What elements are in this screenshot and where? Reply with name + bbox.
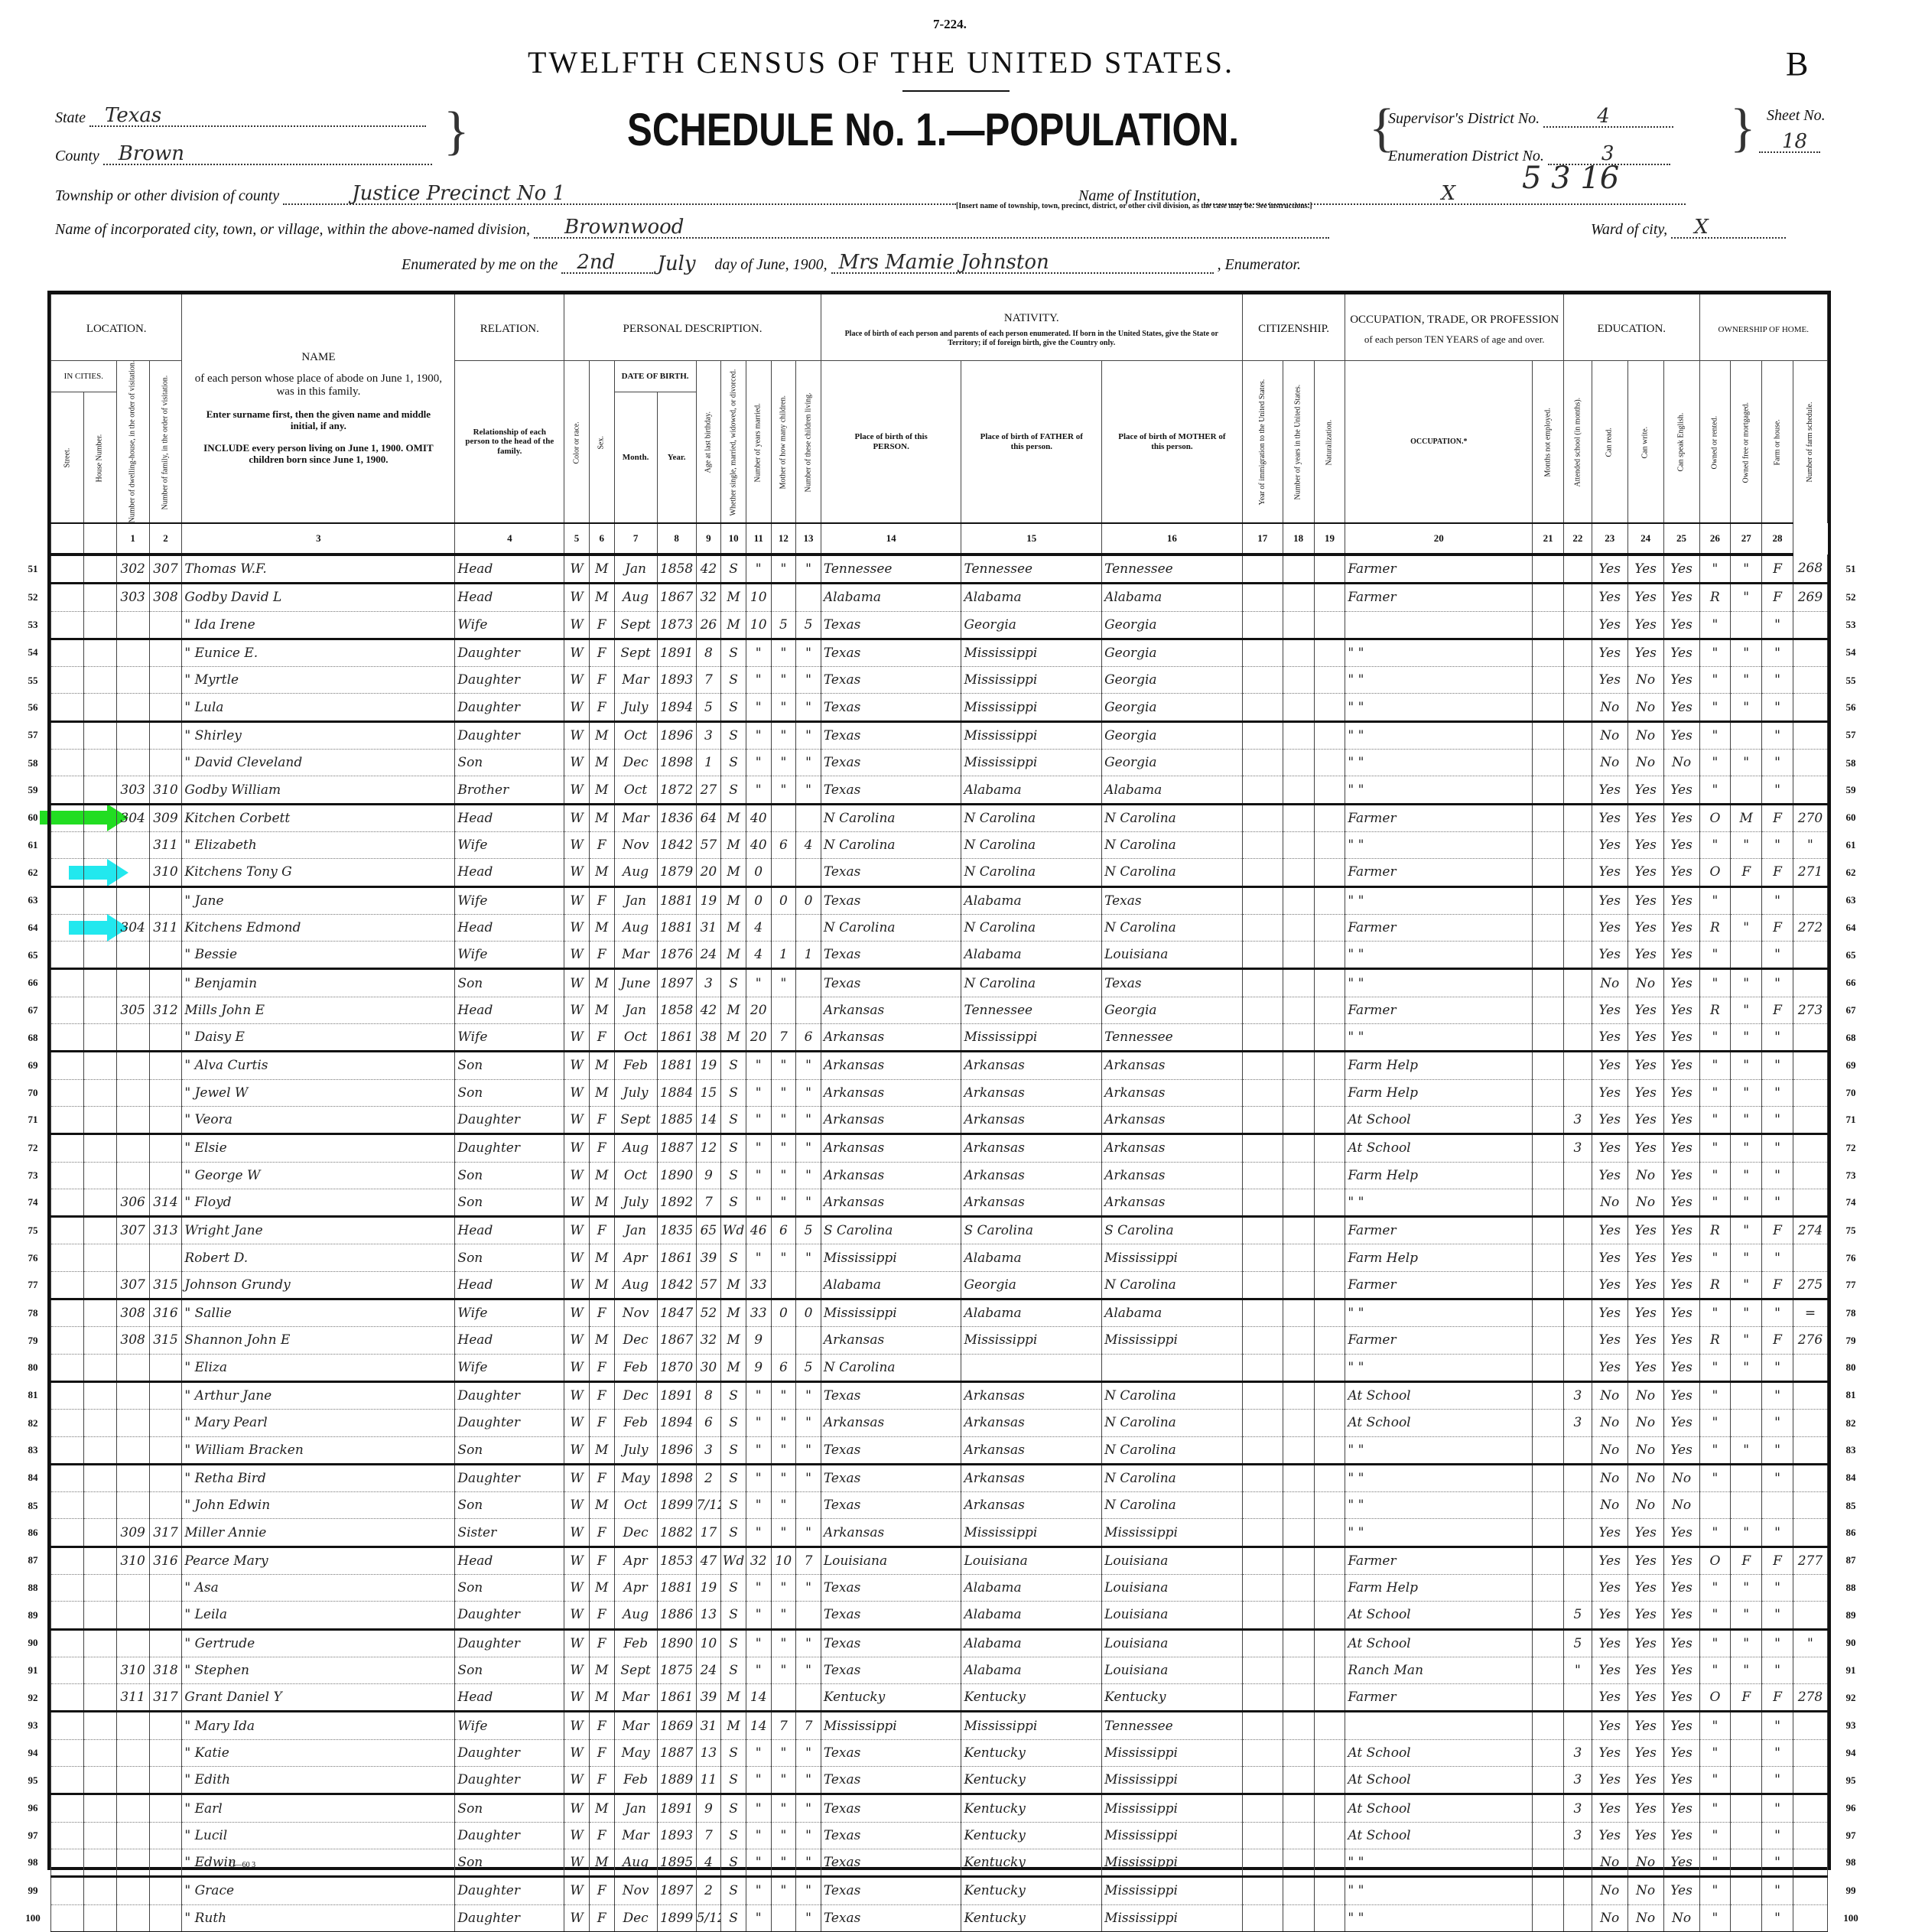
color-cell: W	[564, 1574, 590, 1601]
children-living-cell	[796, 859, 821, 886]
school-months-cell	[1564, 776, 1592, 804]
can-read-cell: Yes	[1592, 1024, 1627, 1052]
years-married-cell: "	[746, 1574, 771, 1601]
sex-cell: F	[589, 611, 614, 639]
can-read-cell: Yes	[1592, 1767, 1627, 1794]
owned-rented-cell: "	[1699, 1712, 1731, 1739]
birth-year-cell: 1893	[657, 1822, 696, 1849]
children-living-cell: "	[796, 1767, 821, 1794]
table-row: 308316" SallieWifeWFNov184752M3300Missis…	[51, 1299, 1828, 1327]
birthplace-father-cell: N Carolina	[961, 969, 1102, 997]
occupation-cell: " "	[1345, 750, 1533, 776]
school-months-cell	[1564, 611, 1592, 639]
birth-year-cell: 1872	[657, 776, 696, 804]
farm-or-house-cell: "	[1762, 667, 1793, 694]
column-number: 26	[1699, 523, 1731, 555]
color-cell: W	[564, 776, 590, 804]
line-number-left: 52	[21, 591, 44, 603]
occupation-cell: " "	[1345, 721, 1533, 749]
owned-free-mortgaged-cell: "	[1731, 694, 1762, 721]
column-number: 2	[149, 523, 182, 555]
can-read-cell: Yes	[1592, 1519, 1627, 1547]
dwelling-number-cell: 307	[116, 1271, 149, 1299]
dwelling-number-cell: 308	[116, 1327, 149, 1354]
birthplace-mother-cell: Georgia	[1102, 721, 1243, 749]
children-living-cell: "	[796, 1794, 821, 1822]
city-field: Name of incorporated city, town, or vill…	[55, 220, 1329, 239]
years-in-us-cell	[1283, 1244, 1314, 1271]
years-in-us-cell	[1283, 804, 1314, 831]
birthplace-mother-cell: Mississippi	[1102, 1327, 1243, 1354]
house-number-cell	[83, 667, 116, 694]
birthplace-father-cell: N Carolina	[961, 859, 1102, 886]
birthplace-father-cell: Arkansas	[961, 1436, 1102, 1464]
birthplace-mother-cell: Texas	[1102, 886, 1243, 914]
line-number-left: 91	[21, 1664, 44, 1677]
years-married-cell: 10	[746, 611, 771, 639]
owned-free-mortgaged-cell	[1731, 886, 1762, 914]
enumerator-label: , Enumerator.	[1218, 256, 1301, 273]
can-read-cell: Yes	[1592, 859, 1627, 886]
name-title: NAME	[193, 351, 444, 364]
dwelling-number-cell	[116, 1877, 149, 1904]
birthplace-person-cell: Texas	[821, 1602, 961, 1629]
owned-rented-cell: R	[1699, 997, 1731, 1023]
sex-cell: M	[589, 1436, 614, 1464]
can-write-cell: Yes	[1627, 1106, 1663, 1134]
farm-or-house-cell: "	[1762, 1712, 1793, 1739]
immigration-year-cell	[1242, 555, 1283, 584]
children-born-cell: 6	[771, 831, 796, 858]
dwelling-number-cell	[116, 1629, 149, 1657]
years-married-cell: "	[746, 1794, 771, 1822]
marital-status-cell: S	[721, 721, 746, 749]
sex-cell: M	[589, 997, 614, 1023]
relation-cell: Head	[455, 555, 564, 584]
years-in-us-cell	[1283, 1271, 1314, 1299]
can-speak-english-cell: No	[1663, 1492, 1699, 1519]
relation-cell: Daughter	[455, 1739, 564, 1766]
enumerator-line: Mrs Mamie Johnston	[831, 255, 1214, 274]
immigration-year-cell	[1242, 1904, 1283, 1932]
naturalization-cell	[1314, 1299, 1345, 1327]
can-write-cell: Yes	[1627, 1794, 1663, 1822]
naturalization-cell	[1314, 1712, 1345, 1739]
street-cell	[51, 997, 84, 1023]
children-born-cell: "	[771, 667, 796, 694]
header-write: Can write.	[1627, 361, 1663, 524]
birthplace-father-cell: Mississippi	[961, 639, 1102, 666]
person-name-cell: Robert D.	[182, 1244, 455, 1271]
age-cell: 26	[696, 611, 721, 639]
column-number: 10	[721, 523, 746, 555]
marital-status-cell: M	[721, 1327, 746, 1354]
months-unemployed-cell	[1533, 1602, 1564, 1629]
occupation-cell: Farm Help	[1345, 1244, 1533, 1271]
children-born-cell	[771, 1327, 796, 1354]
months-unemployed-cell	[1533, 1464, 1564, 1491]
can-read-cell: Yes	[1592, 1271, 1627, 1299]
table-row: " EdwinSonWMAug18954S"""TexasKentuckyMis…	[51, 1849, 1828, 1876]
years-in-us-cell	[1283, 1849, 1314, 1876]
birthplace-father-cell: Mississippi	[961, 1024, 1102, 1052]
birthplace-father-cell: Alabama	[961, 1629, 1102, 1657]
birthplace-person-cell: Texas	[821, 1849, 961, 1876]
line-number-right: 54	[1836, 646, 1866, 659]
house-number-cell	[83, 1299, 116, 1327]
years-in-us-cell	[1283, 1712, 1314, 1739]
immigration-year-cell	[1242, 1877, 1283, 1904]
birth-year-cell: 1896	[657, 721, 696, 749]
naturalization-cell	[1314, 1381, 1345, 1409]
occupation-cell: Farmer	[1345, 555, 1533, 584]
column-number: 11	[746, 523, 771, 555]
color-cell: W	[564, 1492, 590, 1519]
birth-month-cell: Feb	[614, 1767, 657, 1794]
birthplace-mother-cell: Georgia	[1102, 667, 1243, 694]
sex-cell: F	[589, 1464, 614, 1491]
birth-year-cell: 1891	[657, 639, 696, 666]
naturalization-cell	[1314, 1052, 1345, 1079]
birth-year-cell: 1899	[657, 1492, 696, 1519]
relation-cell: Head	[455, 859, 564, 886]
months-unemployed-cell	[1533, 1189, 1564, 1216]
birthplace-person-cell: Texas	[821, 667, 961, 694]
person-name-cell: " Grace	[182, 1877, 455, 1904]
school-months-cell	[1564, 942, 1592, 969]
birthplace-mother-cell: Alabama	[1102, 584, 1243, 611]
street-cell	[51, 914, 84, 941]
naturalization-cell	[1314, 1217, 1345, 1244]
children-born-cell: "	[771, 1629, 796, 1657]
table-row: 305312Mills John EHeadWMJan185842M20Arka…	[51, 997, 1828, 1023]
line-number-left: 71	[21, 1114, 44, 1126]
birthplace-father-cell: Mississippi	[961, 1712, 1102, 1739]
naturalization-cell	[1314, 1657, 1345, 1683]
owned-free-mortgaged-cell: "	[1731, 1299, 1762, 1327]
age-cell: 47	[696, 1547, 721, 1574]
years-in-us-cell	[1283, 1189, 1314, 1216]
can-write-cell: Yes	[1627, 1134, 1663, 1162]
months-unemployed-cell	[1533, 1574, 1564, 1601]
color-cell: W	[564, 1684, 590, 1712]
children-living-cell: "	[796, 555, 821, 584]
farm-or-house-cell: "	[1762, 1410, 1793, 1436]
children-born-cell: "	[771, 1877, 796, 1904]
can-speak-english-cell: Yes	[1663, 1410, 1699, 1436]
sex-cell: F	[589, 1381, 614, 1409]
immigration-year-cell	[1242, 1519, 1283, 1547]
dwelling-number-cell: 310	[116, 1657, 149, 1683]
house-number-cell	[83, 1794, 116, 1822]
family-number-cell: 318	[149, 1657, 182, 1683]
table-row: " George WSonWMOct18909S"""ArkansasArkan…	[51, 1162, 1828, 1189]
line-number-right: 68	[1836, 1032, 1866, 1044]
owned-free-mortgaged-cell	[1731, 721, 1762, 749]
birthplace-mother-cell: Tennessee	[1102, 1712, 1243, 1739]
line-number-left: 79	[21, 1335, 44, 1347]
can-read-cell: Yes	[1592, 667, 1627, 694]
table-row: " Mary IdaWifeWFMar186931M1477Mississipp…	[51, 1712, 1828, 1739]
line-number-right: 86	[1836, 1527, 1866, 1539]
owned-free-mortgaged-cell	[1731, 1904, 1762, 1932]
birthplace-mother-cell: Louisiana	[1102, 1547, 1243, 1574]
sex-cell: F	[589, 1904, 614, 1932]
can-read-cell: Yes	[1592, 804, 1627, 831]
birthplace-mother-cell: Mississippi	[1102, 1822, 1243, 1849]
farm-or-house-cell: "	[1762, 721, 1793, 749]
birth-month-cell: Sept	[614, 1657, 657, 1683]
can-write-cell: Yes	[1627, 1629, 1663, 1657]
person-name-cell: " Leila	[182, 1602, 455, 1629]
immigration-year-cell	[1242, 1134, 1283, 1162]
naturalization-cell	[1314, 1684, 1345, 1712]
naturalization-cell	[1314, 969, 1345, 997]
table-row: " RuthDaughterWFDec18995/12S""TexasKentu…	[51, 1904, 1828, 1932]
house-number-cell	[83, 1134, 116, 1162]
months-unemployed-cell	[1533, 1767, 1564, 1794]
county-label: County	[55, 148, 99, 164]
street-cell	[51, 1024, 84, 1052]
birth-month-cell: Aug	[614, 914, 657, 941]
birth-year-cell: 1853	[657, 1547, 696, 1574]
line-number-left: 62	[21, 867, 44, 879]
birthplace-mother-cell: N Carolina	[1102, 1436, 1243, 1464]
family-number-cell	[149, 1602, 182, 1629]
children-living-cell: "	[796, 639, 821, 666]
children-born-cell: "	[771, 694, 796, 721]
occupation-cell: " "	[1345, 942, 1533, 969]
age-cell: 7	[696, 1189, 721, 1216]
sex-cell: M	[589, 914, 614, 941]
children-born-cell	[771, 804, 796, 831]
sex-cell: F	[589, 1547, 614, 1574]
birthplace-person-cell: Texas	[821, 1464, 961, 1491]
person-name-cell: Shannon John E	[182, 1327, 455, 1354]
years-in-us-cell	[1283, 1217, 1314, 1244]
birth-month-cell: Oct	[614, 1492, 657, 1519]
occupation-cell: Farmer	[1345, 1327, 1533, 1354]
farm-or-house-cell: "	[1762, 1436, 1793, 1464]
school-months-cell	[1564, 1712, 1592, 1739]
occupation-cell: " "	[1345, 886, 1533, 914]
birthplace-person-cell: Texas	[821, 1436, 961, 1464]
line-number-left: 85	[21, 1500, 44, 1512]
column-number: 9	[696, 523, 721, 555]
marital-status-cell: S	[721, 1464, 746, 1491]
naturalization-cell	[1314, 1794, 1345, 1822]
can-read-cell: Yes	[1592, 1739, 1627, 1766]
person-name-cell: " Myrtle	[182, 667, 455, 694]
birthplace-father-cell	[961, 1354, 1102, 1381]
months-unemployed-cell	[1533, 1436, 1564, 1464]
line-number-right: 51	[1836, 563, 1866, 575]
street-cell	[51, 1354, 84, 1381]
dwelling-number-cell	[116, 1052, 149, 1079]
owned-rented-cell: R	[1699, 584, 1731, 611]
can-speak-english-cell: Yes	[1663, 1712, 1699, 1739]
immigration-year-cell	[1242, 1381, 1283, 1409]
color-cell: W	[564, 914, 590, 941]
naturalization-cell	[1314, 1822, 1345, 1849]
occupation-cell: Farmer	[1345, 1547, 1533, 1574]
can-speak-english-cell: Yes	[1663, 1106, 1699, 1134]
birthplace-person-cell: Texas	[821, 1877, 961, 1904]
immigration-year-cell	[1242, 667, 1283, 694]
marital-status-cell: S	[721, 639, 746, 666]
line-number-left: 89	[21, 1609, 44, 1621]
line-number-right: 94	[1836, 1747, 1866, 1759]
birthplace-father-cell: Arkansas	[961, 1052, 1102, 1079]
birthplace-father-cell: Arkansas	[961, 1189, 1102, 1216]
street-cell	[51, 1079, 84, 1106]
dwelling-number-cell: 310	[116, 1547, 149, 1574]
children-born-cell: 7	[771, 1712, 796, 1739]
months-unemployed-cell	[1533, 1024, 1564, 1052]
family-number-cell	[149, 1052, 182, 1079]
relation-cell: Son	[455, 1244, 564, 1271]
birth-month-cell: Feb	[614, 1354, 657, 1381]
farm-or-house-cell: "	[1762, 1299, 1793, 1327]
birthplace-father-cell: Arkansas	[961, 1492, 1102, 1519]
sex-cell: M	[589, 1794, 614, 1822]
house-number-cell	[83, 1739, 116, 1766]
line-number-right: 100	[1836, 1912, 1866, 1924]
marital-status-cell: M	[721, 1024, 746, 1052]
can-write-cell: Yes	[1627, 1739, 1663, 1766]
table-body: 302307Thomas W.F.HeadWMJan185842S"""Tenn…	[51, 555, 1828, 1932]
years-married-cell: "	[746, 1464, 771, 1491]
marital-status-cell: S	[721, 1052, 746, 1079]
can-speak-english-cell: Yes	[1663, 969, 1699, 997]
owned-rented-cell: "	[1699, 1629, 1731, 1657]
naturalization-cell	[1314, 831, 1345, 858]
group-citizenship: CITIZENSHIP.	[1242, 294, 1345, 361]
nativity-title: NATIVITY.	[821, 312, 1242, 325]
birthplace-person-cell: Texas	[821, 1904, 961, 1932]
owned-rented-cell: "	[1699, 942, 1731, 969]
children-living-cell: "	[796, 750, 821, 776]
owned-free-mortgaged-cell: "	[1731, 750, 1762, 776]
naturalization-cell	[1314, 1134, 1345, 1162]
birthplace-person-cell: N Carolina	[821, 914, 961, 941]
street-cell	[51, 1849, 84, 1876]
birthplace-father-cell: Kentucky	[961, 1849, 1102, 1876]
years-married-cell: "	[746, 1189, 771, 1216]
line-number-right: 70	[1836, 1087, 1866, 1099]
birthplace-father-cell: Arkansas	[961, 1134, 1102, 1162]
birthplace-person-cell: Texas	[821, 721, 961, 749]
street-cell	[51, 1327, 84, 1354]
farm-or-house-cell: "	[1762, 776, 1793, 804]
table-row: 311" ElizabethWifeWFNov184257M4064N Caro…	[51, 831, 1828, 858]
occupation-cell: At School	[1345, 1767, 1533, 1794]
school-months-cell	[1564, 969, 1592, 997]
years-married-cell: 40	[746, 831, 771, 858]
years-in-us-cell	[1283, 1464, 1314, 1491]
occupation-cell: " "	[1345, 1189, 1533, 1216]
dwelling-number-cell: 302	[116, 555, 149, 584]
farm-schedule-number-cell	[1793, 1574, 1827, 1601]
can-read-cell: No	[1592, 750, 1627, 776]
street-cell	[51, 1299, 84, 1327]
line-number-right: 77	[1836, 1279, 1866, 1291]
farm-or-house-cell: "	[1762, 886, 1793, 914]
table-row: " David ClevelandSonWMDec18981S"""TexasM…	[51, 750, 1828, 776]
years-in-us-cell	[1283, 1052, 1314, 1079]
family-number-cell	[149, 969, 182, 997]
owned-free-mortgaged-cell	[1731, 1464, 1762, 1491]
school-months-cell: 3	[1564, 1410, 1592, 1436]
family-number-cell	[149, 1024, 182, 1052]
can-speak-english-cell: Yes	[1663, 1602, 1699, 1629]
dwelling-number-cell	[116, 639, 149, 666]
owned-rented-cell: "	[1699, 611, 1731, 639]
can-write-cell: Yes	[1627, 886, 1663, 914]
enumerated-mid: day of June, 1900,	[714, 256, 827, 273]
school-months-cell	[1564, 1547, 1592, 1574]
line-number-right: 64	[1836, 922, 1866, 934]
can-write-cell: No	[1627, 1410, 1663, 1436]
farm-schedule-number-cell	[1793, 1822, 1827, 1849]
birth-month-cell: Mar	[614, 667, 657, 694]
owned-rented-cell: "	[1699, 1464, 1731, 1491]
sex-cell: M	[589, 1271, 614, 1299]
years-in-us-cell	[1283, 1162, 1314, 1189]
naturalization-cell	[1314, 776, 1345, 804]
house-number-cell	[83, 859, 116, 886]
relation-cell: Son	[455, 1492, 564, 1519]
enumeration-label: Enumeration District No.	[1388, 148, 1544, 164]
relation-cell: Sister	[455, 1519, 564, 1547]
marital-status-cell: M	[721, 804, 746, 831]
line-number-left: 98	[21, 1856, 44, 1869]
marital-status-cell: S	[721, 555, 746, 584]
owned-rented-cell: "	[1699, 1877, 1731, 1904]
years-married-cell: "	[746, 667, 771, 694]
years-married-cell: "	[746, 1162, 771, 1189]
age-cell: 5/12	[696, 1904, 721, 1932]
months-unemployed-cell	[1533, 694, 1564, 721]
children-living-cell: 0	[796, 1299, 821, 1327]
school-months-cell	[1564, 1684, 1592, 1712]
children-living-cell: 5	[796, 1354, 821, 1381]
can-speak-english-cell: Yes	[1663, 1162, 1699, 1189]
dwelling-number-cell	[116, 969, 149, 997]
state-field: State Texas	[55, 109, 426, 127]
table-row: 310316Pearce MaryHeadWFApr185347Wd32107L…	[51, 1547, 1828, 1574]
dwelling-number-cell	[116, 694, 149, 721]
header-school: Attended school (in months).	[1564, 361, 1592, 524]
street-cell	[51, 1106, 84, 1134]
children-born-cell: "	[771, 1767, 796, 1794]
color-cell: W	[564, 1767, 590, 1794]
header-marital: Whether single, married, widowed, or div…	[721, 361, 746, 524]
table-row: " William BrackenSonWMJuly18963S"""Texas…	[51, 1436, 1828, 1464]
marital-status-cell: S	[721, 1904, 746, 1932]
relation-cell: Daughter	[455, 694, 564, 721]
sex-cell: F	[589, 831, 614, 858]
occupation-cell: Farmer	[1345, 859, 1533, 886]
family-number-cell	[149, 942, 182, 969]
family-number-cell: 313	[149, 1217, 182, 1244]
sex-cell: M	[589, 1244, 614, 1271]
can-read-cell: Yes	[1592, 1574, 1627, 1601]
occupation-cell: Farm Help	[1345, 1052, 1533, 1079]
naturalization-cell	[1314, 1767, 1345, 1794]
children-born-cell: "	[771, 1162, 796, 1189]
birth-year-cell: 1835	[657, 1217, 696, 1244]
